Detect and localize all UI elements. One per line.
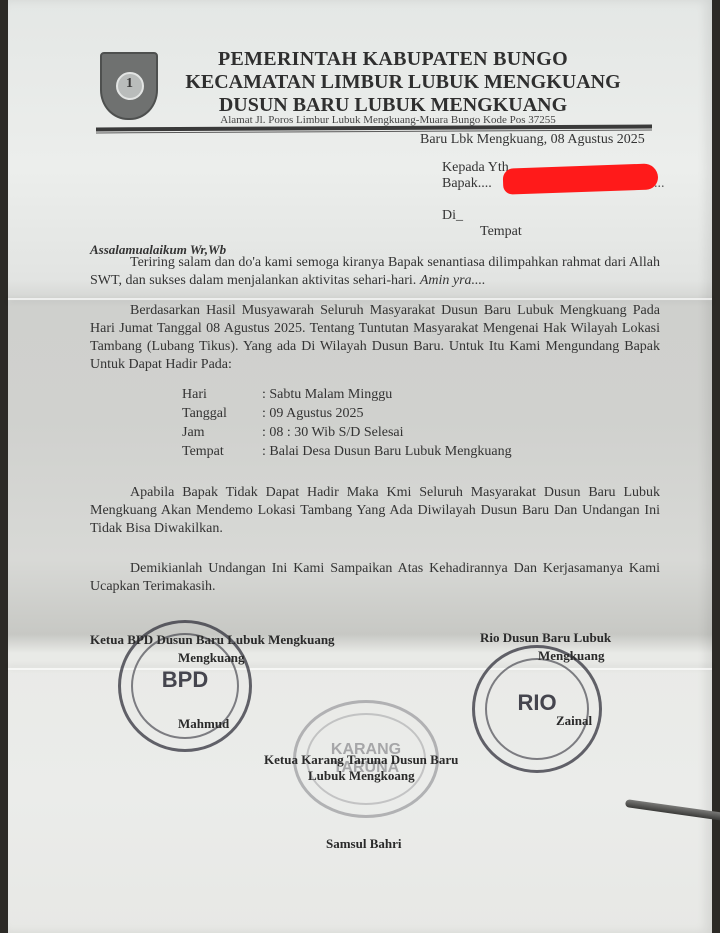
signatory-rio-name: Zainal [556, 713, 592, 729]
paragraph-warning: Apabila Bapak Tidak Dapat Hadir Maka Kmi… [90, 484, 660, 538]
letter-date: Baru Lbk Mengkuang, 08 Agustus 2025 [420, 132, 645, 148]
fold-crease [8, 298, 712, 300]
fold-crease [8, 668, 712, 670]
paragraph-invitation: Berdasarkan Hasil Musyawarah Seluruh Mas… [90, 302, 660, 374]
letterhead-line-1: PEMERINTAH KABUPATEN BUNGO [178, 48, 608, 71]
redaction-mark [503, 163, 659, 194]
detail-tanggal: Tanggal: 09 Agustus 2025 [182, 406, 364, 422]
letterhead-address: Alamat Jl. Poros Limbur Lubuk Mengkuang-… [188, 114, 588, 126]
detail-hari: Hari: Sabtu Malam Minggu [182, 387, 392, 403]
regency-emblem-icon [100, 52, 158, 120]
signatory-karang-taruna-title: Ketua Karang Taruna Dusun Baru [264, 752, 458, 768]
rio-stamp: RIO [472, 645, 602, 773]
paragraph-closing: Demikianlah Undangan Ini Kami Sampaikan … [90, 560, 660, 596]
paragraph-opening: Teriring salam dan do'a kami semoga kira… [90, 254, 660, 290]
signatory-rio-title: Rio Dusun Baru Lubuk [480, 630, 611, 646]
recipient-tempat: Tempat [480, 224, 522, 240]
detail-jam: Jam: 08 : 30 Wib S/D Selesai [182, 425, 404, 441]
signatory-rio-title-2: Mengkuang [538, 648, 604, 664]
signatory-bpd-title-2: Mengkuang [178, 650, 244, 666]
letterhead-line-2: KECAMATAN LIMBUR LUBUK MENGKUANG [158, 71, 648, 94]
signatory-karang-taruna-title-2: Lubuk Mengkoang [308, 768, 415, 784]
recipient-di: Di_ [442, 208, 463, 224]
letter-paper: PEMERINTAH KABUPATEN BUNGO KECAMATAN LIM… [8, 0, 712, 933]
signatory-bpd-name: Mahmud [178, 716, 229, 732]
detail-tempat: Tempat: Balai Desa Dusun Baru Lubuk Meng… [182, 444, 512, 460]
signatory-bpd-title: Ketua BPD Dusun Baru Lubuk Mengkuang [90, 632, 335, 648]
recipient-bapak: Bapak.... [442, 176, 492, 192]
recipient-kepada: Kepada Yth [442, 160, 509, 176]
signatory-karang-taruna-name: Samsul Bahri [326, 836, 402, 852]
